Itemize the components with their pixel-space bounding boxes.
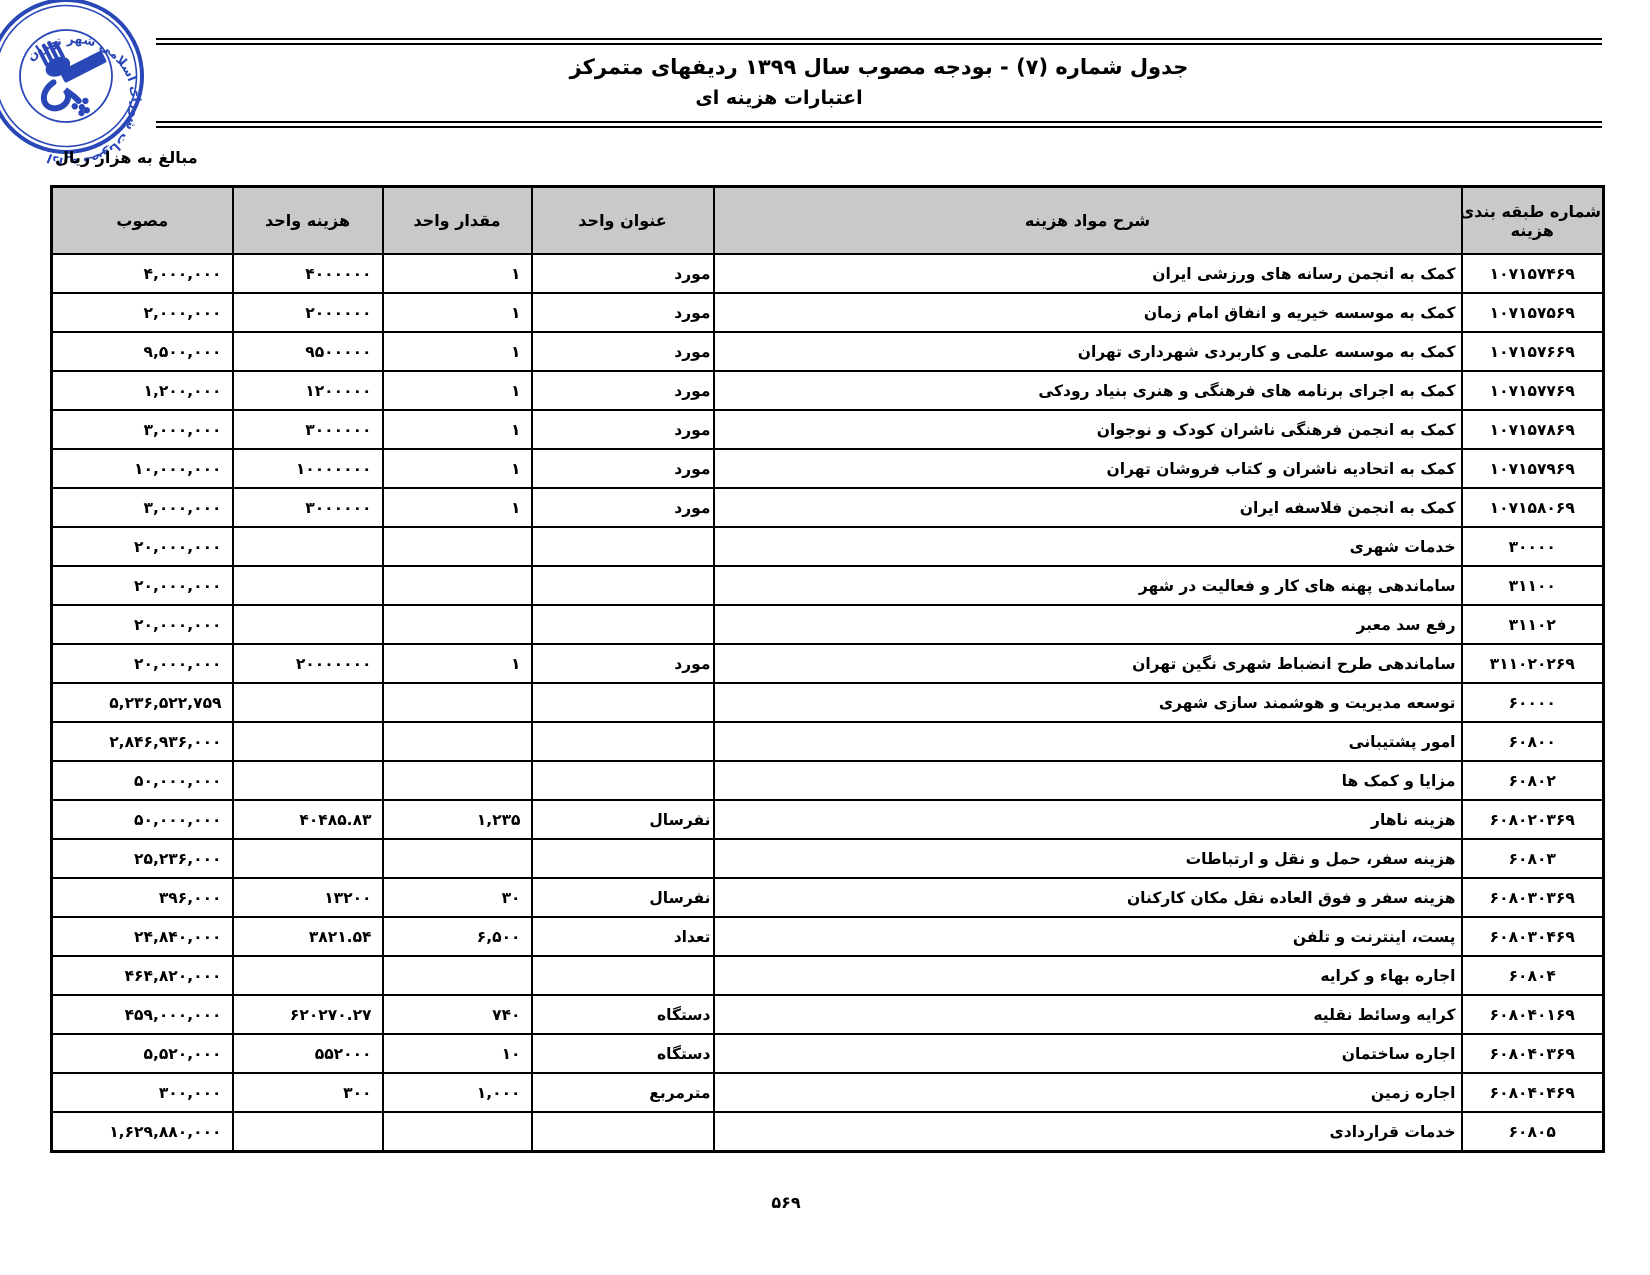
cell-cost: ۳۰۰۰۰۰۰ [233, 488, 383, 527]
cell-code: ۱۰۷۱۵۷۵۶۹ [1462, 293, 1604, 332]
col-header-line: هزینه [1464, 221, 1602, 240]
col-header-classification-code: شماره طبقه بندی هزینه [1462, 187, 1604, 255]
cell-cost: ۴۰۰۰۰۰۰ [233, 254, 383, 293]
cell-unit: مورد [532, 644, 714, 683]
cell-code: ۳۰۰۰۰ [1462, 527, 1604, 566]
cell-approved: ۵,۲۳۶,۵۲۲,۷۵۹ [52, 683, 233, 722]
cell-unit: مورد [532, 371, 714, 410]
cell-cost: ۶۲۰۲۷۰.۲۷ [233, 995, 383, 1034]
cell-cost: ۹۵۰۰۰۰۰ [233, 332, 383, 371]
cell-unit: مورد [532, 410, 714, 449]
cell-unit: مورد [532, 332, 714, 371]
page-number: ۵۶۹ [10, 1193, 1562, 1212]
cell-cost [233, 527, 383, 566]
cell-approved: ۲,۸۴۶,۹۳۶,۰۰۰ [52, 722, 233, 761]
cell-desc: پست، اینترنت و تلفن [714, 917, 1462, 956]
cell-approved: ۴۵۹,۰۰۰,۰۰۰ [52, 995, 233, 1034]
cell-qty: ۱,۰۰۰ [383, 1073, 532, 1112]
cell-approved: ۵۰,۰۰۰,۰۰۰ [52, 761, 233, 800]
cell-qty: ۱ [383, 410, 532, 449]
table-row: ۳۱۱۰۰ساماندهی پهنه های کار و فعالیت در ش… [52, 566, 1604, 605]
table-row: ۶۰۸۰۴۰۴۶۹اجاره زمینمترمربع۱,۰۰۰۳۰۰۳۰۰,۰۰… [52, 1073, 1604, 1112]
council-stamp-icon: اداره مصوبات شورای اسلامی شهر تهران [0, 0, 158, 166]
cell-qty [383, 722, 532, 761]
cell-code: ۱۰۷۱۵۷۴۶۹ [1462, 254, 1604, 293]
table-row: ۶۰۸۰۲مزایا و کمک ها۵۰,۰۰۰,۰۰۰ [52, 761, 1604, 800]
cell-desc: خدمات قراردادی [714, 1112, 1462, 1152]
cell-unit [532, 1112, 714, 1152]
cell-desc: مزایا و کمک ها [714, 761, 1462, 800]
cell-code: ۶۰۸۰۳ [1462, 839, 1604, 878]
table-row: ۶۰۸۰۳هزینه سفر، حمل و نقل و ارتباطات۲۵,۲… [52, 839, 1604, 878]
cell-approved: ۲۰,۰۰۰,۰۰۰ [52, 605, 233, 644]
cell-cost: ۳۰۰ [233, 1073, 383, 1112]
table-row: ۳۱۱۰۲۰۲۶۹ساماندهی طرح انضباط شهری نگین ت… [52, 644, 1604, 683]
table-row: ۶۰۰۰۰توسعه مدیریت و هوشمند سازی شهری۵,۲۳… [52, 683, 1604, 722]
cell-qty: ۶,۵۰۰ [383, 917, 532, 956]
cell-code: ۶۰۰۰۰ [1462, 683, 1604, 722]
table-row: ۶۰۸۰۳۰۳۶۹هزینه سفر و فوق العاده نقل مکان… [52, 878, 1604, 917]
cell-desc: کمک به انجمن فلاسفه ایران [714, 488, 1462, 527]
cell-qty: ۱ [383, 488, 532, 527]
cell-unit [532, 683, 714, 722]
cell-desc: کمک به موسسه علمی و کاربردی شهرداری تهرا… [714, 332, 1462, 371]
cell-cost: ۱۳۲۰۰ [233, 878, 383, 917]
col-header-unit-cost: هزینه واحد [233, 187, 383, 255]
cell-qty [383, 527, 532, 566]
table-row: ۶۰۸۰۴اجاره بهاء و کرایه۴۶۴,۸۲۰,۰۰۰ [52, 956, 1604, 995]
cell-unit [532, 839, 714, 878]
col-header-approved: مصوب [52, 187, 233, 255]
table-row: ۳۱۱۰۲رفع سد معبر۲۰,۰۰۰,۰۰۰ [52, 605, 1604, 644]
cell-qty: ۱ [383, 332, 532, 371]
table-row: ۱۰۷۱۵۷۷۶۹کمک به اجرای برنامه های فرهنگی … [52, 371, 1604, 410]
cell-qty [383, 605, 532, 644]
cell-code: ۶۰۸۰۴۰۳۶۹ [1462, 1034, 1604, 1073]
table-row: ۶۰۸۰۴۰۳۶۹اجاره ساختماندستگاه۱۰۵۵۲۰۰۰۵,۵۲… [52, 1034, 1604, 1073]
cell-approved: ۱۰,۰۰۰,۰۰۰ [52, 449, 233, 488]
cell-code: ۶۰۸۰۳۰۴۶۹ [1462, 917, 1604, 956]
cell-approved: ۳۰۰,۰۰۰ [52, 1073, 233, 1112]
cell-cost [233, 956, 383, 995]
document-title-box: جدول شماره (۷) - بودجه مصوب سال ۱۳۹۹ ردی… [156, 38, 1602, 128]
cell-cost [233, 761, 383, 800]
cell-code: ۶۰۸۰۲۰۳۶۹ [1462, 800, 1604, 839]
cell-approved: ۲۰,۰۰۰,۰۰۰ [52, 566, 233, 605]
cell-desc: ساماندهی طرح انضباط شهری نگین تهران [714, 644, 1462, 683]
cell-code: ۶۰۸۰۴۰۱۶۹ [1462, 995, 1604, 1034]
col-header-line: شماره طبقه بندی [1464, 202, 1602, 221]
table-row: ۶۰۸۰۴۰۱۶۹کرایه وسائط نقلیهدستگاه۷۴۰۶۲۰۲۷… [52, 995, 1604, 1034]
cell-qty [383, 683, 532, 722]
cell-cost [233, 722, 383, 761]
cell-cost: ۵۵۲۰۰۰ [233, 1034, 383, 1073]
cell-approved: ۱,۲۰۰,۰۰۰ [52, 371, 233, 410]
table-row: ۱۰۷۱۵۷۶۶۹کمک به موسسه علمی و کاربردی شهر… [52, 332, 1604, 371]
cell-desc: کمک به اجرای برنامه های فرهنگی و هنری بن… [714, 371, 1462, 410]
cell-qty [383, 839, 532, 878]
cell-unit: دستگاه [532, 1034, 714, 1073]
cell-desc: توسعه مدیریت و هوشمند سازی شهری [714, 683, 1462, 722]
cell-cost: ۳۰۰۰۰۰۰ [233, 410, 383, 449]
cell-qty: ۱ [383, 644, 532, 683]
cell-qty [383, 566, 532, 605]
cell-unit [532, 722, 714, 761]
cell-qty: ۱,۲۳۵ [383, 800, 532, 839]
cell-approved: ۲,۰۰۰,۰۰۰ [52, 293, 233, 332]
table-row: ۱۰۷۱۵۷۵۶۹کمک به موسسه خیریه و انفاق امام… [52, 293, 1604, 332]
cell-desc: رفع سد معبر [714, 605, 1462, 644]
cell-qty [383, 761, 532, 800]
cell-unit: نفرسال [532, 878, 714, 917]
cell-approved: ۲۵,۲۳۶,۰۰۰ [52, 839, 233, 878]
cell-qty: ۱ [383, 449, 532, 488]
cell-qty: ۱ [383, 293, 532, 332]
cell-cost: ۲۰۰۰۰۰۰۰ [233, 644, 383, 683]
cell-cost [233, 605, 383, 644]
cell-unit: دستگاه [532, 995, 714, 1034]
col-header-unit-quantity: مقدار واحد [383, 187, 532, 255]
cell-approved: ۳۹۶,۰۰۰ [52, 878, 233, 917]
cell-cost: ۱۰۰۰۰۰۰۰ [233, 449, 383, 488]
cell-approved: ۲۴,۸۴۰,۰۰۰ [52, 917, 233, 956]
cell-approved: ۳,۰۰۰,۰۰۰ [52, 488, 233, 527]
table-row: ۱۰۷۱۵۷۹۶۹کمک به اتحادیه ناشران و کتاب فر… [52, 449, 1604, 488]
cell-desc: ساماندهی پهنه های کار و فعالیت در شهر [714, 566, 1462, 605]
cell-code: ۱۰۷۱۵۷۸۶۹ [1462, 410, 1604, 449]
table-row: ۱۰۷۱۵۸۰۶۹کمک به انجمن فلاسفه ایرانمورد۱۳… [52, 488, 1604, 527]
cell-desc: کمک به اتحادیه ناشران و کتاب فروشان تهرا… [714, 449, 1462, 488]
amounts-unit-note: مبالغ به هزار ریال [55, 148, 198, 167]
cell-code: ۱۰۷۱۵۷۷۶۹ [1462, 371, 1604, 410]
cell-code: ۳۱۱۰۰ [1462, 566, 1604, 605]
cell-approved: ۵۰,۰۰۰,۰۰۰ [52, 800, 233, 839]
document-subtitle: اعتبارات هزینه ای [56, 87, 1502, 109]
cell-code: ۱۰۷۱۵۷۹۶۹ [1462, 449, 1604, 488]
cell-qty: ۱۰ [383, 1034, 532, 1073]
cell-code: ۶۰۸۰۰ [1462, 722, 1604, 761]
cell-cost: ۲۰۰۰۰۰۰ [233, 293, 383, 332]
cell-cost: ۱۲۰۰۰۰۰ [233, 371, 383, 410]
cell-desc: کرایه وسائط نقلیه [714, 995, 1462, 1034]
cell-unit: نفرسال [532, 800, 714, 839]
cell-qty: ۱ [383, 371, 532, 410]
cell-desc: امور پشتیبانی [714, 722, 1462, 761]
cell-desc: هزینه سفر، حمل و نقل و ارتباطات [714, 839, 1462, 878]
cell-unit [532, 761, 714, 800]
cell-code: ۶۰۸۰۳۰۳۶۹ [1462, 878, 1604, 917]
table-row: ۱۰۷۱۵۷۸۶۹کمک به انجمن فرهنگی ناشران کودک… [52, 410, 1604, 449]
table-row: ۳۰۰۰۰خدمات شهری۲۰,۰۰۰,۰۰۰ [52, 527, 1604, 566]
cell-desc: اجاره زمین [714, 1073, 1462, 1112]
table-row: ۶۰۸۰۰امور پشتیبانی۲,۸۴۶,۹۳۶,۰۰۰ [52, 722, 1604, 761]
cell-desc: اجاره ساختمان [714, 1034, 1462, 1073]
cell-desc: خدمات شهری [714, 527, 1462, 566]
cell-unit [532, 566, 714, 605]
cell-cost [233, 566, 383, 605]
cell-desc: اجاره بهاء و کرایه [714, 956, 1462, 995]
cell-unit [532, 956, 714, 995]
cell-code: ۶۰۸۰۴۰۴۶۹ [1462, 1073, 1604, 1112]
cell-qty: ۳۰ [383, 878, 532, 917]
cell-approved: ۹,۵۰۰,۰۰۰ [52, 332, 233, 371]
budget-table: شماره طبقه بندی هزینه شرح مواد هزینه عنو… [50, 185, 1605, 1153]
table-header-row: شماره طبقه بندی هزینه شرح مواد هزینه عنو… [52, 187, 1604, 255]
cell-approved: ۴۶۴,۸۲۰,۰۰۰ [52, 956, 233, 995]
cell-qty: ۱ [383, 254, 532, 293]
document-title: جدول شماره (۷) - بودجه مصوب سال ۱۳۹۹ ردی… [156, 55, 1602, 79]
cell-unit [532, 527, 714, 566]
table-row: ۶۰۸۰۳۰۴۶۹پست، اینترنت و تلفنتعداد۶,۵۰۰۳۸… [52, 917, 1604, 956]
cell-desc: هزینه ناهار [714, 800, 1462, 839]
cell-approved: ۳,۰۰۰,۰۰۰ [52, 410, 233, 449]
cell-unit: مترمربع [532, 1073, 714, 1112]
cell-unit [532, 605, 714, 644]
col-header-description: شرح مواد هزینه [714, 187, 1462, 255]
cell-qty: ۷۴۰ [383, 995, 532, 1034]
cell-approved: ۱,۶۲۹,۸۸۰,۰۰۰ [52, 1112, 233, 1152]
cell-code: ۳۱۱۰۲۰۲۶۹ [1462, 644, 1604, 683]
cell-qty [383, 1112, 532, 1152]
table-body: ۱۰۷۱۵۷۴۶۹کمک به انجمن رسانه های ورزشی ای… [52, 254, 1604, 1152]
cell-unit: مورد [532, 488, 714, 527]
cell-desc: کمک به انجمن رسانه های ورزشی ایران [714, 254, 1462, 293]
cell-unit: مورد [532, 293, 714, 332]
cell-code: ۶۰۸۰۴ [1462, 956, 1604, 995]
cell-unit: تعداد [532, 917, 714, 956]
cell-cost [233, 839, 383, 878]
cell-unit: مورد [532, 449, 714, 488]
cell-cost: ۴۰۴۸۵.۸۳ [233, 800, 383, 839]
cell-code: ۶۰۸۰۵ [1462, 1112, 1604, 1152]
cell-desc: کمک به موسسه خیریه و انفاق امام زمان [714, 293, 1462, 332]
cell-code: ۱۰۷۱۵۸۰۶۹ [1462, 488, 1604, 527]
cell-code: ۱۰۷۱۵۷۶۶۹ [1462, 332, 1604, 371]
col-header-unit-title: عنوان واحد [532, 187, 714, 255]
table-row: ۱۰۷۱۵۷۴۶۹کمک به انجمن رسانه های ورزشی ای… [52, 254, 1604, 293]
cell-cost: ۳۸۲۱.۵۴ [233, 917, 383, 956]
cell-desc: هزینه سفر و فوق العاده نقل مکان کارکنان [714, 878, 1462, 917]
cell-approved: ۲۰,۰۰۰,۰۰۰ [52, 527, 233, 566]
cell-approved: ۲۰,۰۰۰,۰۰۰ [52, 644, 233, 683]
cell-approved: ۴,۰۰۰,۰۰۰ [52, 254, 233, 293]
cell-qty [383, 956, 532, 995]
cell-approved: ۵,۵۲۰,۰۰۰ [52, 1034, 233, 1073]
table-row: ۶۰۸۰۵خدمات قراردادی۱,۶۲۹,۸۸۰,۰۰۰ [52, 1112, 1604, 1152]
cell-unit: مورد [532, 254, 714, 293]
cell-cost [233, 683, 383, 722]
cell-cost [233, 1112, 383, 1152]
table-row: ۶۰۸۰۲۰۳۶۹هزینه ناهارنفرسال۱,۲۳۵۴۰۴۸۵.۸۳۵… [52, 800, 1604, 839]
cell-code: ۳۱۱۰۲ [1462, 605, 1604, 644]
cell-desc: کمک به انجمن فرهنگی ناشران کودک و نوجوان [714, 410, 1462, 449]
cell-code: ۶۰۸۰۲ [1462, 761, 1604, 800]
